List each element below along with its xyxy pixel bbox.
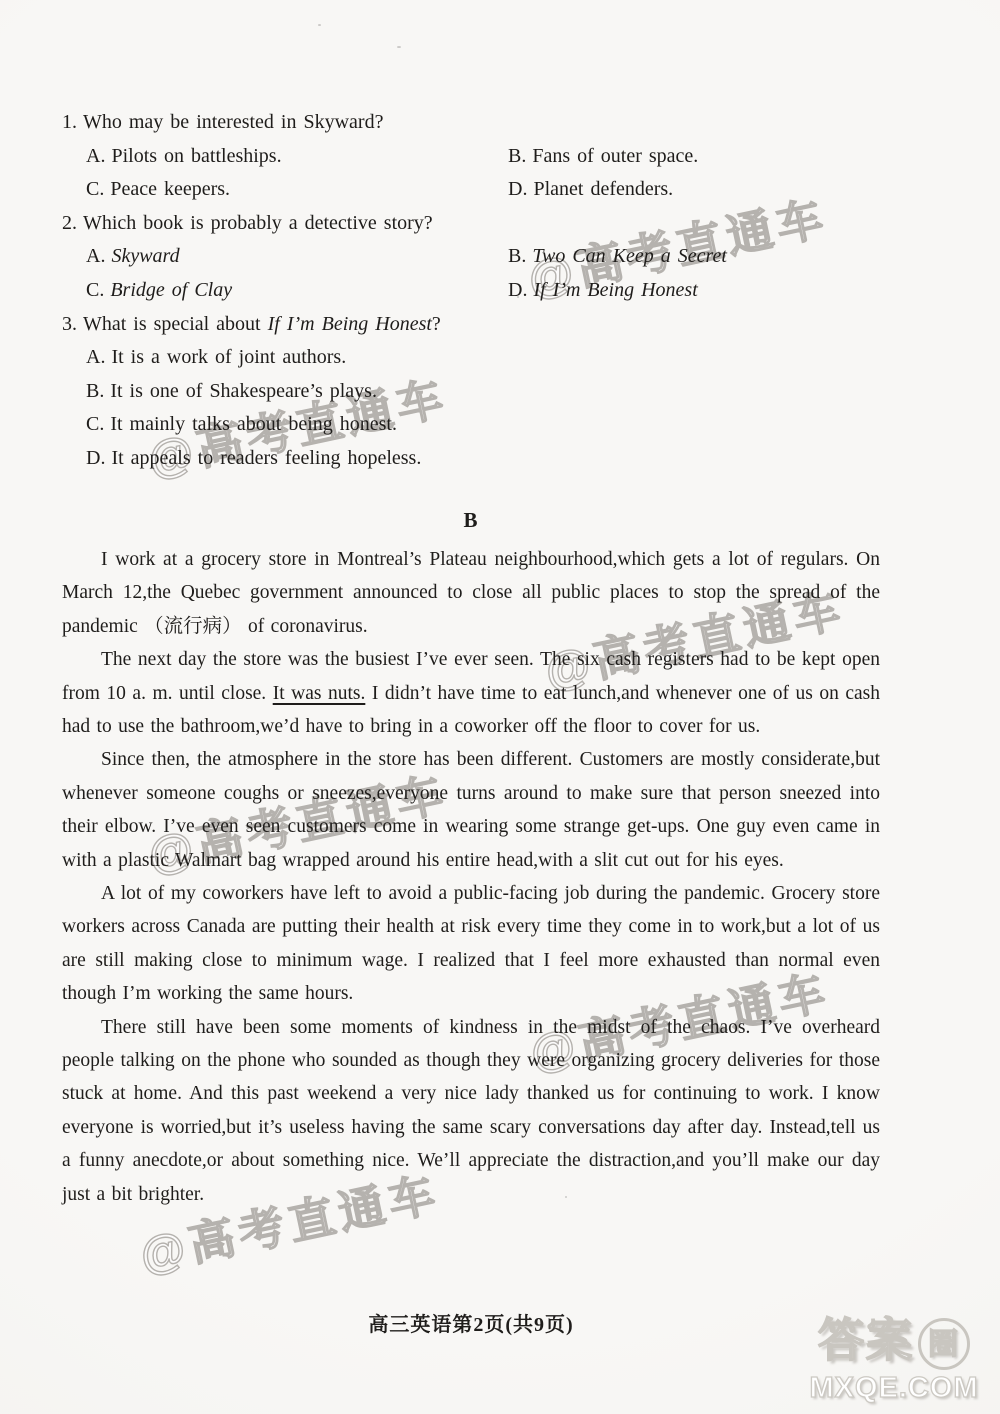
question-number: 2. — [62, 212, 77, 234]
text-segment: Since then, the atmosphere in the store … — [62, 749, 880, 870]
option-label: D. — [86, 447, 105, 469]
option-text: If I’m Being Honest — [533, 279, 697, 301]
answerquan-logo: 答案圈 MXQE.COM — [794, 1312, 994, 1405]
option-label: B. — [508, 245, 526, 267]
option-d: D.Planet defenders. — [508, 173, 880, 207]
question-stem: 1.Who may be interested in Skyward? — [62, 106, 880, 140]
section-b-heading: B — [62, 504, 880, 537]
text-segment: It is a work of joint authors. — [111, 346, 346, 368]
passage-paragraph: A lot of my coworkers have left to avoid… — [62, 877, 880, 1011]
option-a: A.Skyward — [86, 240, 508, 274]
passage-paragraph: Since then, the atmosphere in the store … — [62, 743, 880, 877]
option-text: It is a work of joint authors. — [111, 346, 346, 368]
page-footer: 高三英语第2页(共9页) — [62, 1308, 880, 1337]
question-stem: 3.What is special about If I’m Being Hon… — [62, 308, 880, 342]
paragraph-text: The next day the store was the busiest I… — [62, 649, 880, 737]
italic-title: Bridge of Clay — [110, 279, 232, 301]
questions-section: 1.Who may be interested in Skyward?A.Pil… — [62, 106, 880, 476]
option-text: Skyward — [111, 245, 179, 267]
option-text: Fans of outer space. — [532, 145, 698, 167]
paragraph-text: There still have been some moments of ki… — [62, 1017, 880, 1205]
option-c: C.Peace keepers. — [86, 173, 508, 207]
passage-section: I work at a grocery store in Montreal’s … — [62, 543, 880, 1211]
option-text: Bridge of Clay — [110, 279, 232, 301]
question-3: 3.What is special about If I’m Being Hon… — [62, 308, 880, 476]
option-label: C. — [86, 178, 104, 200]
scan-speck — [397, 46, 401, 48]
text-segment: What is special about — [83, 313, 268, 335]
option-text: It appeals to readers feeling hopeless. — [111, 447, 421, 469]
italic-title: Two Can Keep a Secret — [532, 245, 727, 267]
paragraph-text: I work at a grocery store in Montreal’s … — [62, 549, 880, 637]
text-segment: Peace keepers. — [110, 178, 230, 200]
question-text: Who may be interested in Skyward? — [83, 111, 383, 133]
option-label: C. — [86, 279, 104, 301]
option-c: C.Bridge of Clay — [86, 274, 508, 308]
options-grid: A.SkywardB.Two Can Keep a SecretC.Bridge… — [62, 240, 880, 307]
paragraph-text: A lot of my coworkers have left to avoid… — [62, 883, 880, 1004]
option-a: A.Pilots on battleships. — [86, 140, 508, 174]
option-b: B.Two Can Keep a Secret — [508, 240, 880, 274]
option-label: D. — [508, 279, 527, 301]
logo-circle-glyph: 圈 — [918, 1318, 970, 1370]
text-segment: Who may be interested in Skyward? — [83, 111, 383, 133]
text-segment: A lot of my coworkers have left to avoid… — [62, 883, 880, 1004]
option-text: Planet defenders. — [533, 178, 673, 200]
option-label: B. — [86, 380, 104, 402]
text-segment: It appeals to readers feeling hopeless. — [111, 447, 421, 469]
question-1: 1.Who may be interested in Skyward?A.Pil… — [62, 106, 880, 207]
passage-paragraph: There still have been some moments of ki… — [62, 1011, 880, 1211]
page-content: 1.Who may be interested in Skyward?A.Pil… — [62, 106, 880, 1211]
question-text: What is special about If I’m Being Hones… — [83, 313, 441, 335]
text-segment: It is one of Shakespeare’s plays. — [110, 380, 377, 402]
question-text: Which book is probably a detective story… — [83, 212, 433, 234]
text-segment: Pilots on battleships. — [111, 145, 281, 167]
option-a: A.It is a work of joint authors. — [86, 341, 880, 375]
passage-paragraph: I work at a grocery store in Montreal’s … — [62, 543, 880, 643]
option-label: D. — [508, 178, 527, 200]
option-label: A. — [86, 346, 105, 368]
option-b: B.It is one of Shakespeare’s plays. — [86, 375, 880, 409]
option-label: B. — [508, 145, 526, 167]
text-segment: There still have been some moments of ki… — [62, 1017, 880, 1205]
paragraph-text: Since then, the atmosphere in the store … — [62, 749, 880, 870]
italic-title: If I’m Being Honest — [268, 313, 432, 335]
text-segment: Planet defenders. — [533, 178, 673, 200]
question-number: 3. — [62, 313, 77, 335]
passage-paragraph: The next day the store was the busiest I… — [62, 643, 880, 743]
option-d: D.It appeals to readers feeling hopeless… — [86, 442, 880, 476]
logo-brand-text: 答案圈 — [794, 1312, 994, 1370]
option-c: C.It mainly talks about being honest. — [86, 408, 880, 442]
text-segment: I work at a grocery store in Montreal’s … — [62, 549, 880, 637]
option-text: Peace keepers. — [110, 178, 230, 200]
option-label: A. — [86, 245, 105, 267]
text-segment: It mainly talks about being honest. — [110, 413, 397, 435]
question-stem: 2.Which book is probably a detective sto… — [62, 207, 880, 241]
option-text: Pilots on battleships. — [111, 145, 281, 167]
option-b: B.Fans of outer space. — [508, 140, 880, 174]
underlined-phrase: It was nuts. — [273, 683, 366, 704]
option-label: C. — [86, 413, 104, 435]
logo-site-text: MXQE.COM — [794, 1372, 994, 1405]
options-grid: A.It is a work of joint authors.B.It is … — [62, 341, 880, 475]
option-d: D.If I’m Being Honest — [508, 274, 880, 308]
italic-title: Skyward — [111, 245, 179, 267]
options-grid: A.Pilots on battleships.B.Fans of outer … — [62, 140, 880, 207]
option-text: It mainly talks about being honest. — [110, 413, 397, 435]
scan-speck — [318, 24, 321, 26]
option-text: Two Can Keep a Secret — [532, 245, 727, 267]
option-label: A. — [86, 145, 105, 167]
text-segment: Which book is probably a detective story… — [83, 212, 433, 234]
question-number: 1. — [62, 111, 77, 133]
question-2: 2.Which book is probably a detective sto… — [62, 207, 880, 308]
option-text: It is one of Shakespeare’s plays. — [110, 380, 377, 402]
text-segment: Fans of outer space. — [532, 145, 698, 167]
text-segment: ? — [432, 313, 441, 335]
italic-title: If I’m Being Honest — [533, 279, 697, 301]
exam-page: @高考直通车 @高考直通车 @高考直通车 @高考直通车 @高考直通车 @高考直通… — [0, 0, 1000, 1414]
